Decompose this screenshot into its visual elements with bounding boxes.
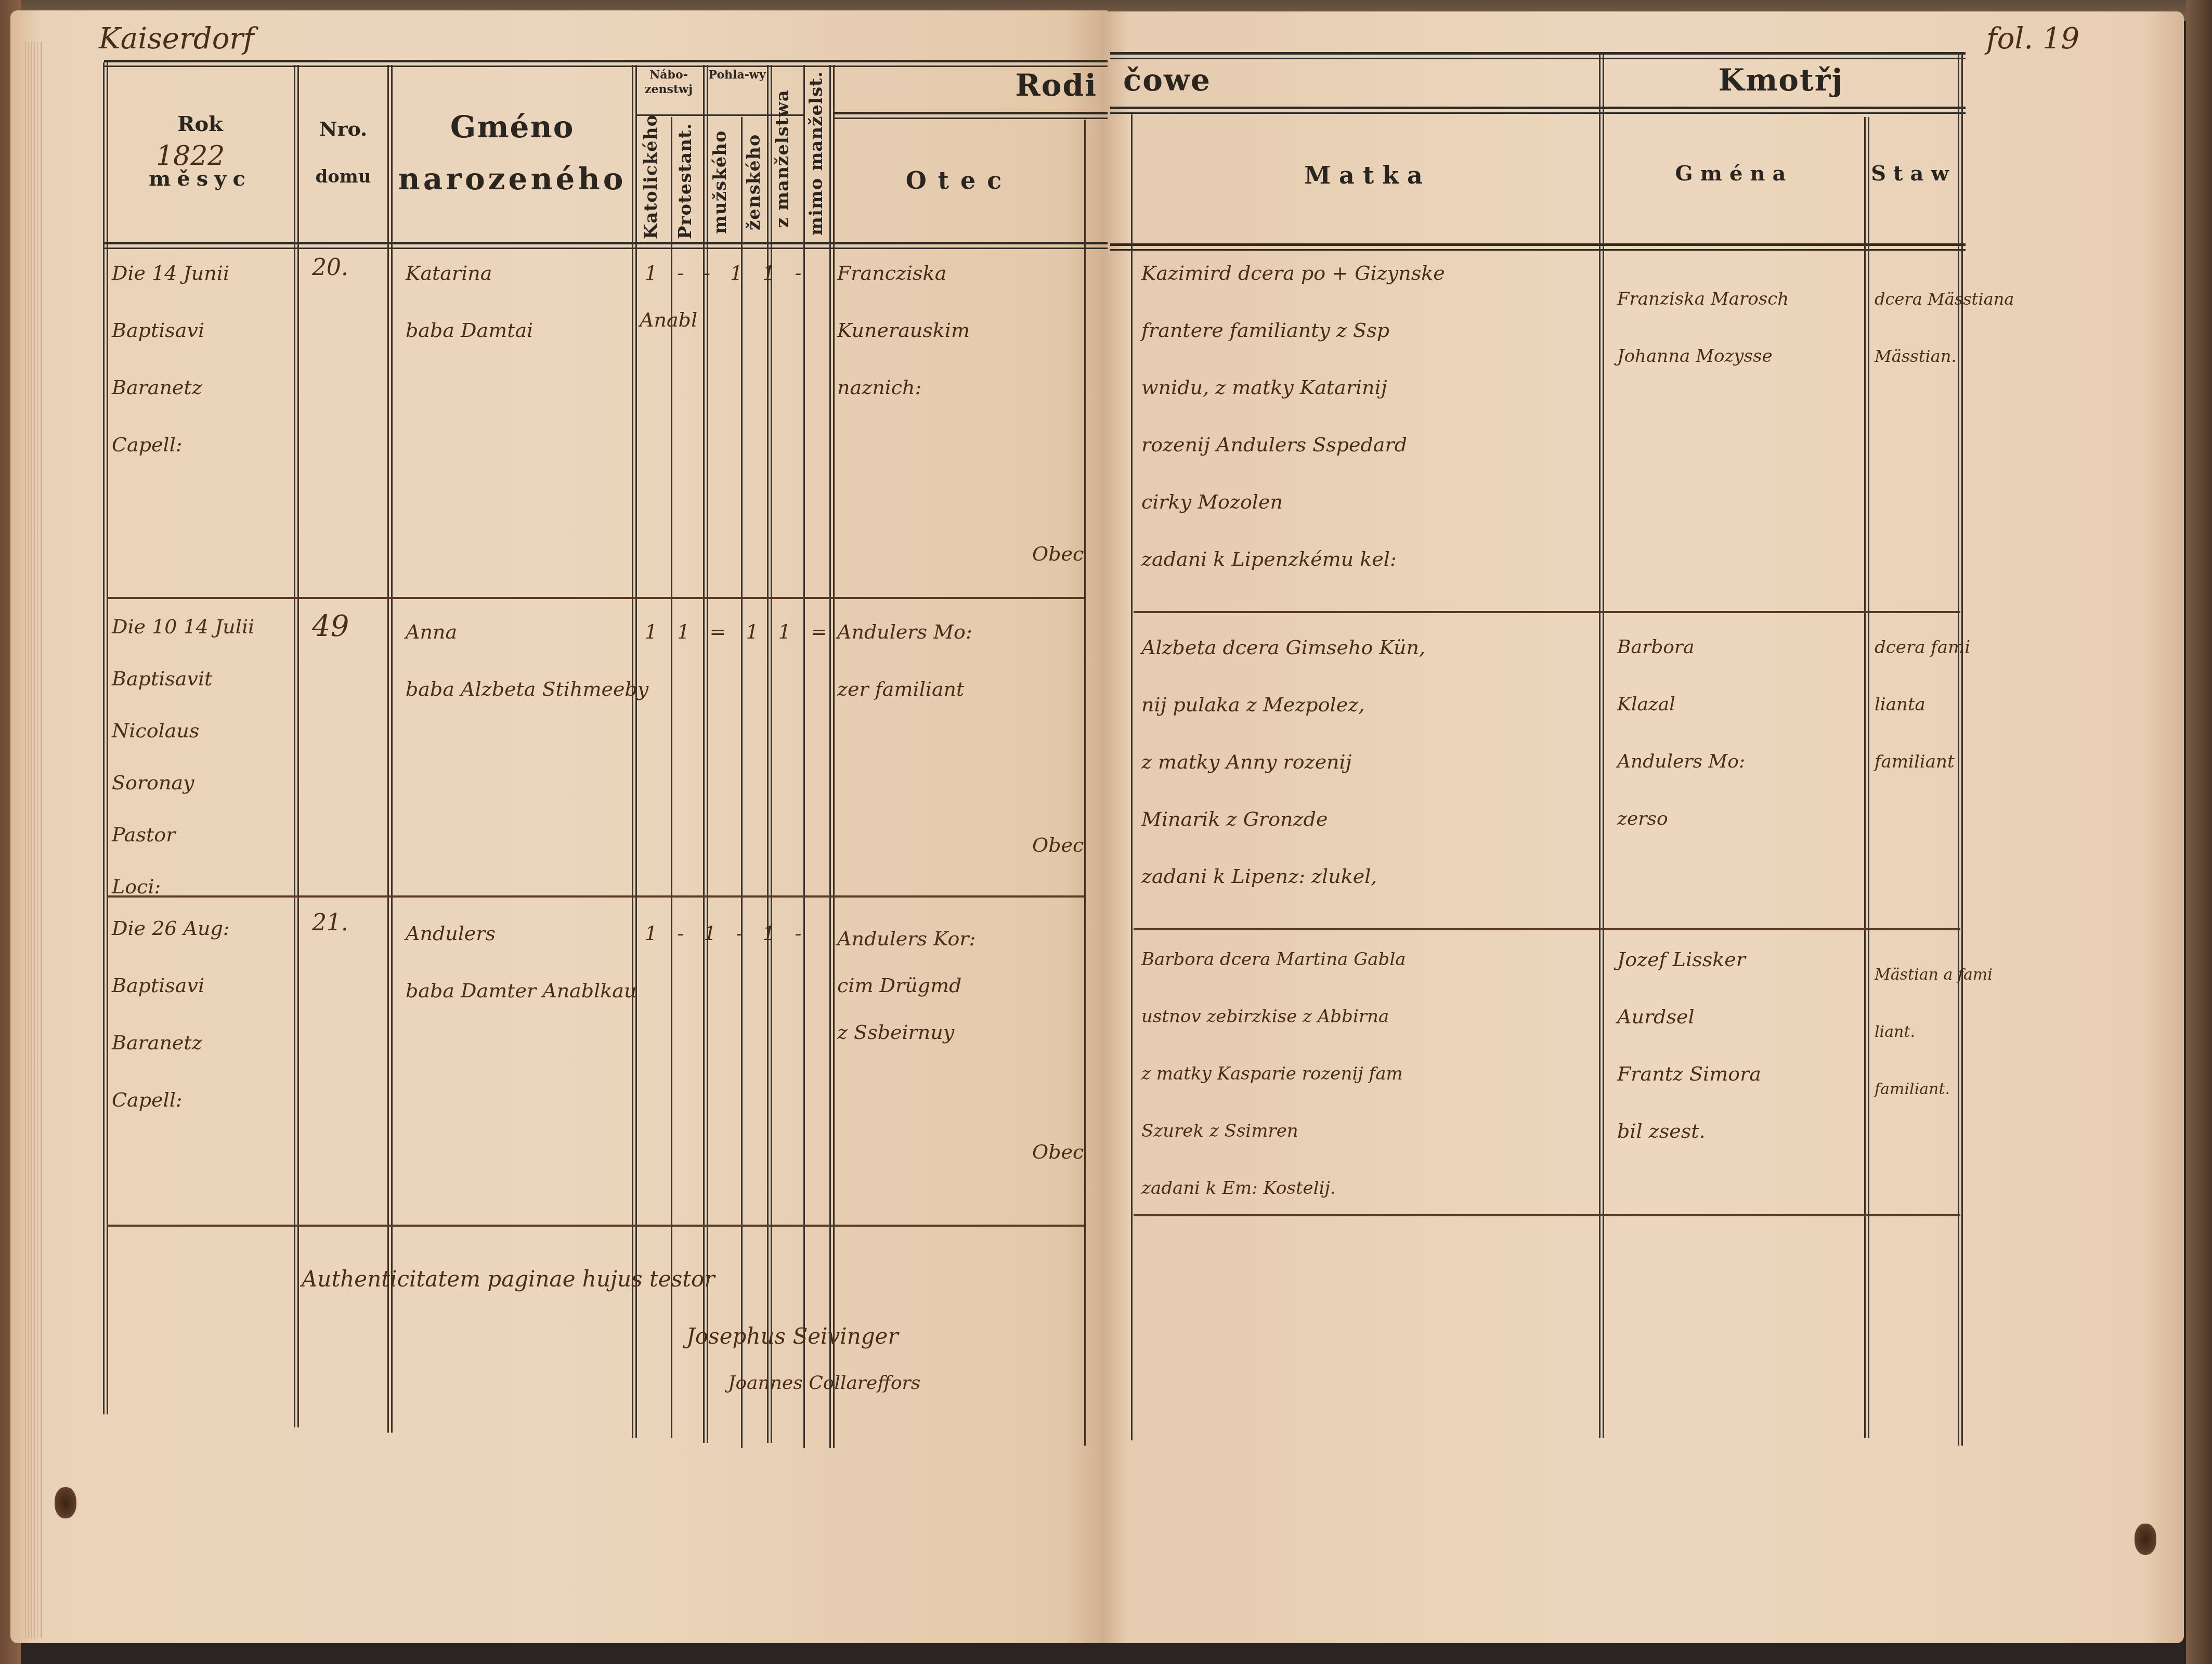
header-katolickeho: Katolického: [641, 125, 669, 239]
rodicowe-subheader-rule-right: [1110, 107, 1966, 114]
header-domu: domu: [299, 166, 387, 187]
row-divider-1-left: [107, 597, 1084, 599]
book-cover-right: [2186, 0, 2212, 1664]
entry-3-house-no: 21.: [312, 894, 348, 952]
header-nro: Nro.: [299, 117, 387, 140]
entry-1-godparent-status: dcera Mässtiana Mässtian.: [1875, 270, 2014, 385]
col-divider-zman-mimo: [803, 65, 805, 1448]
col-divider-rok-nro: [294, 65, 299, 1427]
entry-2-child-name: Anna baba Alzbeta Stihmeeby: [406, 603, 648, 718]
col-divider-matka-gmena: [1599, 55, 1604, 1438]
attestation-signature-1: Josephus Seivinger: [686, 1316, 899, 1357]
entry-2-house-no: 49: [312, 598, 349, 655]
header-staw: Staw: [1869, 161, 1958, 186]
header-z-manzelstwa: z manželstwa: [772, 78, 801, 239]
header-kmotri: Kmotřj: [1604, 62, 1958, 98]
entry-2-father-note: Obec: [1032, 816, 1084, 874]
col-divider-gmena-staw: [1864, 117, 1869, 1438]
place-name: Kaiserdorf: [99, 21, 254, 57]
row-divider-3-left: [107, 1225, 1084, 1227]
table-top-border-right: [1110, 52, 1966, 59]
outer-border-left: [103, 62, 108, 1414]
col-divider-matka-left: [1131, 114, 1133, 1440]
entry-3-child-name: Andulers baba Damter Anablkau: [406, 905, 636, 1019]
entry-3-father-note: Obec: [1032, 1123, 1084, 1180]
header-narozeneho: narozeného: [393, 161, 632, 197]
entry-2-mother: Alzbeta dcera Gimseho Kün, nij pulaka z …: [1141, 619, 1425, 905]
entry-1-father: Francziska Kunerauskim naznich:: [837, 244, 970, 416]
entry-3-date: Die 26 Aug: Baptisavi Baranetz Capell:: [112, 900, 230, 1128]
entry-1-marks-note: Anabl: [640, 291, 697, 348]
header-zenskeho: ženského: [744, 125, 767, 239]
header-protestant: Protestant.: [675, 125, 704, 239]
entry-3-godparents: Jozef Lissker Aurdsel Frantz Simora bil …: [1617, 931, 1761, 1160]
header-mimo-manzelst: mimo manželst.: [806, 68, 829, 239]
col-divider-mimo-otec: [829, 65, 835, 1448]
header-matka: Matka: [1136, 161, 1599, 189]
header-muzskeho: mužského: [710, 125, 738, 239]
entry-1-child-name: Katarina baba Damtai: [406, 244, 533, 359]
entry-2-father: Andulers Mo: zer familiant: [837, 603, 972, 718]
header-rodicowe-left: Rodi: [1014, 68, 1097, 103]
header-rodicowe-right: čowe: [1123, 62, 1227, 98]
entry-3-father: Andulers Kor: cim Drügmd z Ssbeirnuy: [837, 915, 975, 1056]
header-gmeno: Gméno: [393, 109, 632, 145]
entry-2-godparent-status: dcera fami lianta familiant: [1875, 619, 1970, 790]
entry-1-mother: Kazimird dcera po + Gizynske frantere fa…: [1141, 244, 1445, 588]
col-divider-nro-gmeno: [387, 65, 393, 1433]
col-divider-muz-zen: [741, 117, 743, 1448]
entry-1-date: Die 14 Junii Baptisavi Baranetz Capell:: [112, 244, 229, 473]
attestation-signature-2: Joannes Collareffors: [728, 1362, 920, 1404]
header-mesyc: měsyc: [109, 166, 291, 191]
entry-3-godparent-status: Mästian a fami liant. familiant.: [1875, 946, 1993, 1118]
table-top-border-left: [104, 60, 1108, 67]
header-rok: Rok: [109, 112, 291, 136]
ink-blot-right: [2135, 1524, 2156, 1555]
folio-number: fol. 19: [1986, 21, 2079, 57]
header-otec: Otec: [835, 166, 1084, 194]
entry-2-marks: 1 1 = 1 1 =: [645, 603, 827, 660]
ink-blot-left: [55, 1487, 76, 1518]
rodicowe-subheader-rule-left: [835, 112, 1108, 119]
entry-1-godparents: Franziska Marosch Johanna Mozysse: [1617, 270, 1789, 385]
page-stack-edges: [25, 42, 42, 1638]
entry-1-father-note: Obec: [1032, 525, 1084, 582]
row-divider-1-right: [1134, 611, 1960, 613]
entry-2-godparents: Barbora Klazal Andulers Mo: zerso: [1617, 619, 1745, 848]
col-divider-gmeno-religion: [632, 65, 637, 1438]
header-gmena: Gména: [1604, 161, 1864, 186]
entry-1-house-no: 20.: [312, 239, 348, 296]
entry-2-date: Die 10 14 Julii Baptisavit Nicolaus Soro…: [112, 601, 254, 913]
entry-3-mother: Barbora dcera Martina Gabla ustnov zebir…: [1141, 931, 1406, 1217]
row-divider-2-right: [1134, 928, 1960, 930]
header-nabozenstwi: Nábo-zenstwj: [635, 68, 702, 97]
col-divider-otec-right: [1084, 120, 1086, 1446]
entry-3-marks: 1 - 1 - 1 -: [645, 905, 801, 962]
header-pohlawy: Pohla-wy: [707, 68, 767, 82]
attestation-text: Authenticitatem paginae hujus testor: [302, 1258, 714, 1300]
